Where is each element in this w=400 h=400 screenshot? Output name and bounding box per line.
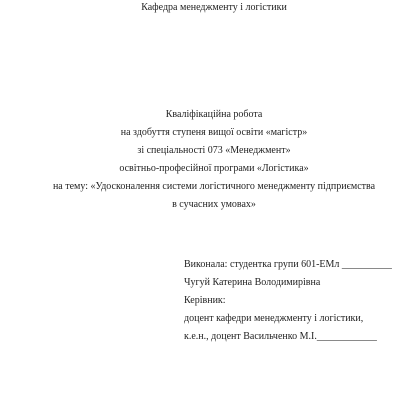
title-block: Кваліфікаційна робота на здобуття ступен…: [28, 106, 400, 214]
credits-block: Виконала: студентка групи 601-ЕМл ______…: [184, 256, 392, 346]
credits-line-executor: Виконала: студентка групи 601-ЕМл ______…: [184, 256, 392, 274]
title-line-topic: на тему: «Удосконалення системи логістич…: [28, 178, 400, 196]
title-line-degree: на здобуття ступеня вищої освіти «магіст…: [28, 124, 400, 142]
department-line: Кафедра менеджменту і логістики: [28, 0, 400, 17]
credits-line-supervisor-position: доцент кафедри менеджменту і логістики,: [184, 310, 392, 328]
title-line-specialty: зі спеціальності 073 «Менеджмент»: [28, 142, 400, 160]
document-page: Кафедра менеджменту і логістики Кваліфік…: [0, 0, 400, 400]
credits-line-student-name: Чугуй Катерина Володимирівна: [184, 274, 392, 292]
title-line-topic-continued: в сучасних умовах»: [28, 196, 400, 214]
title-line-program: освітньо-професійної програми «Логістика…: [28, 160, 400, 178]
title-line-qualification-work: Кваліфікаційна робота: [28, 106, 400, 124]
credits-line-supervisor-label: Керівник:: [184, 292, 392, 310]
credits-line-supervisor-name: к.е.н., доцент Васильченко М.І._________…: [184, 328, 392, 346]
